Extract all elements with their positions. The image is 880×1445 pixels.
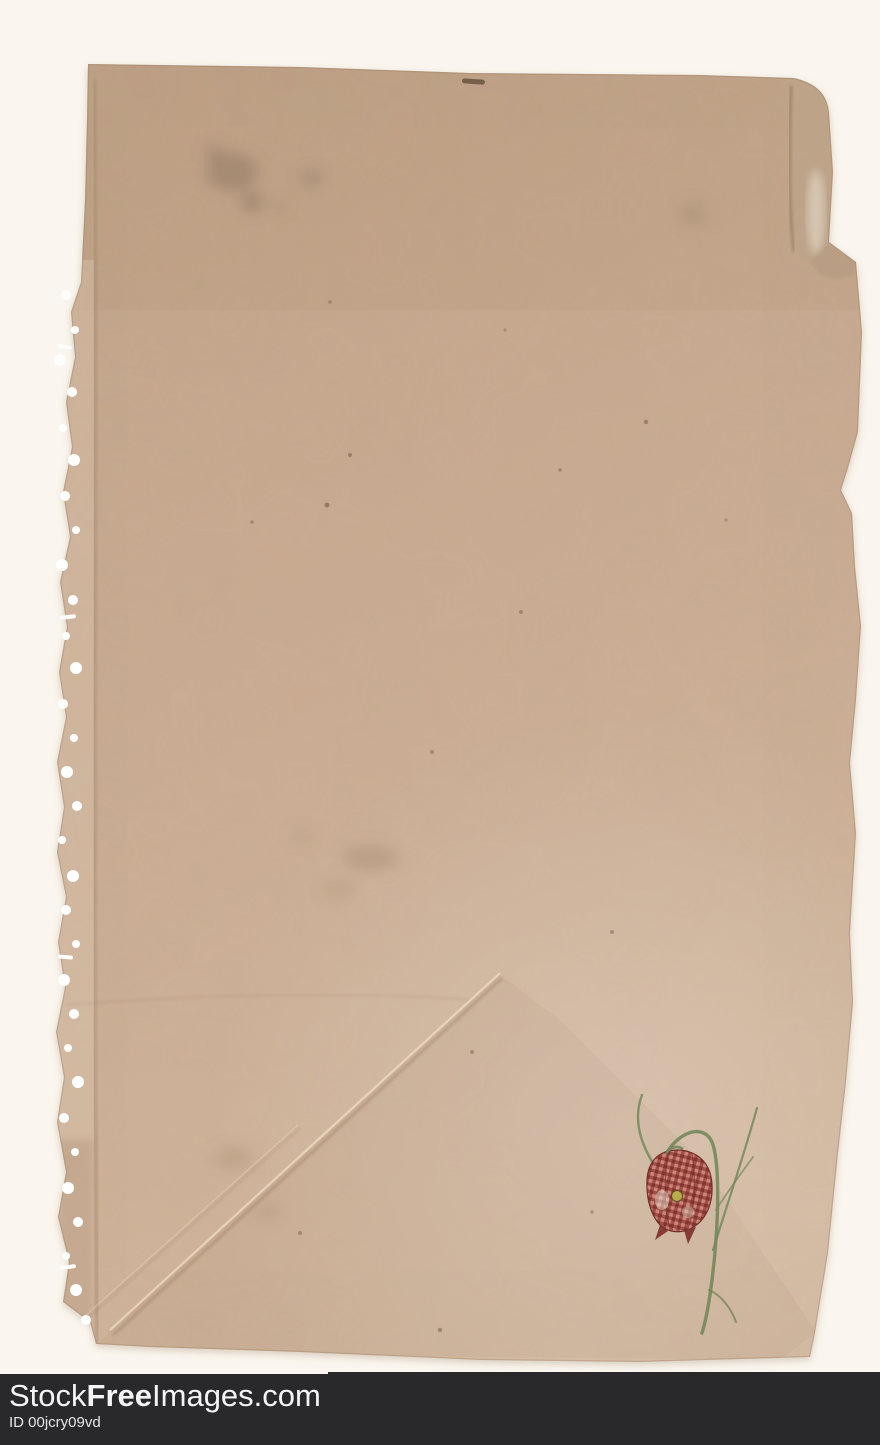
watermark-site-part-bold: Free (87, 1378, 152, 1413)
watermark-bar: StockFreeImages.com ID 00jcry09vd (0, 1372, 880, 1445)
torn-fold-flap (790, 80, 856, 278)
watermark-bar-top-notch (0, 1372, 328, 1374)
vintage-paper-photo (0, 0, 880, 1445)
watermark-site-part: Images.com (152, 1378, 321, 1413)
watermark-site-part: Stock (9, 1378, 87, 1413)
stock-photo-canvas: StockFreeImages.com ID 00jcry09vd (0, 0, 880, 1445)
watermark-image-id: ID 00jcry09vd (9, 1414, 880, 1432)
watermark-site-name: StockFreeImages.com (9, 1379, 880, 1413)
